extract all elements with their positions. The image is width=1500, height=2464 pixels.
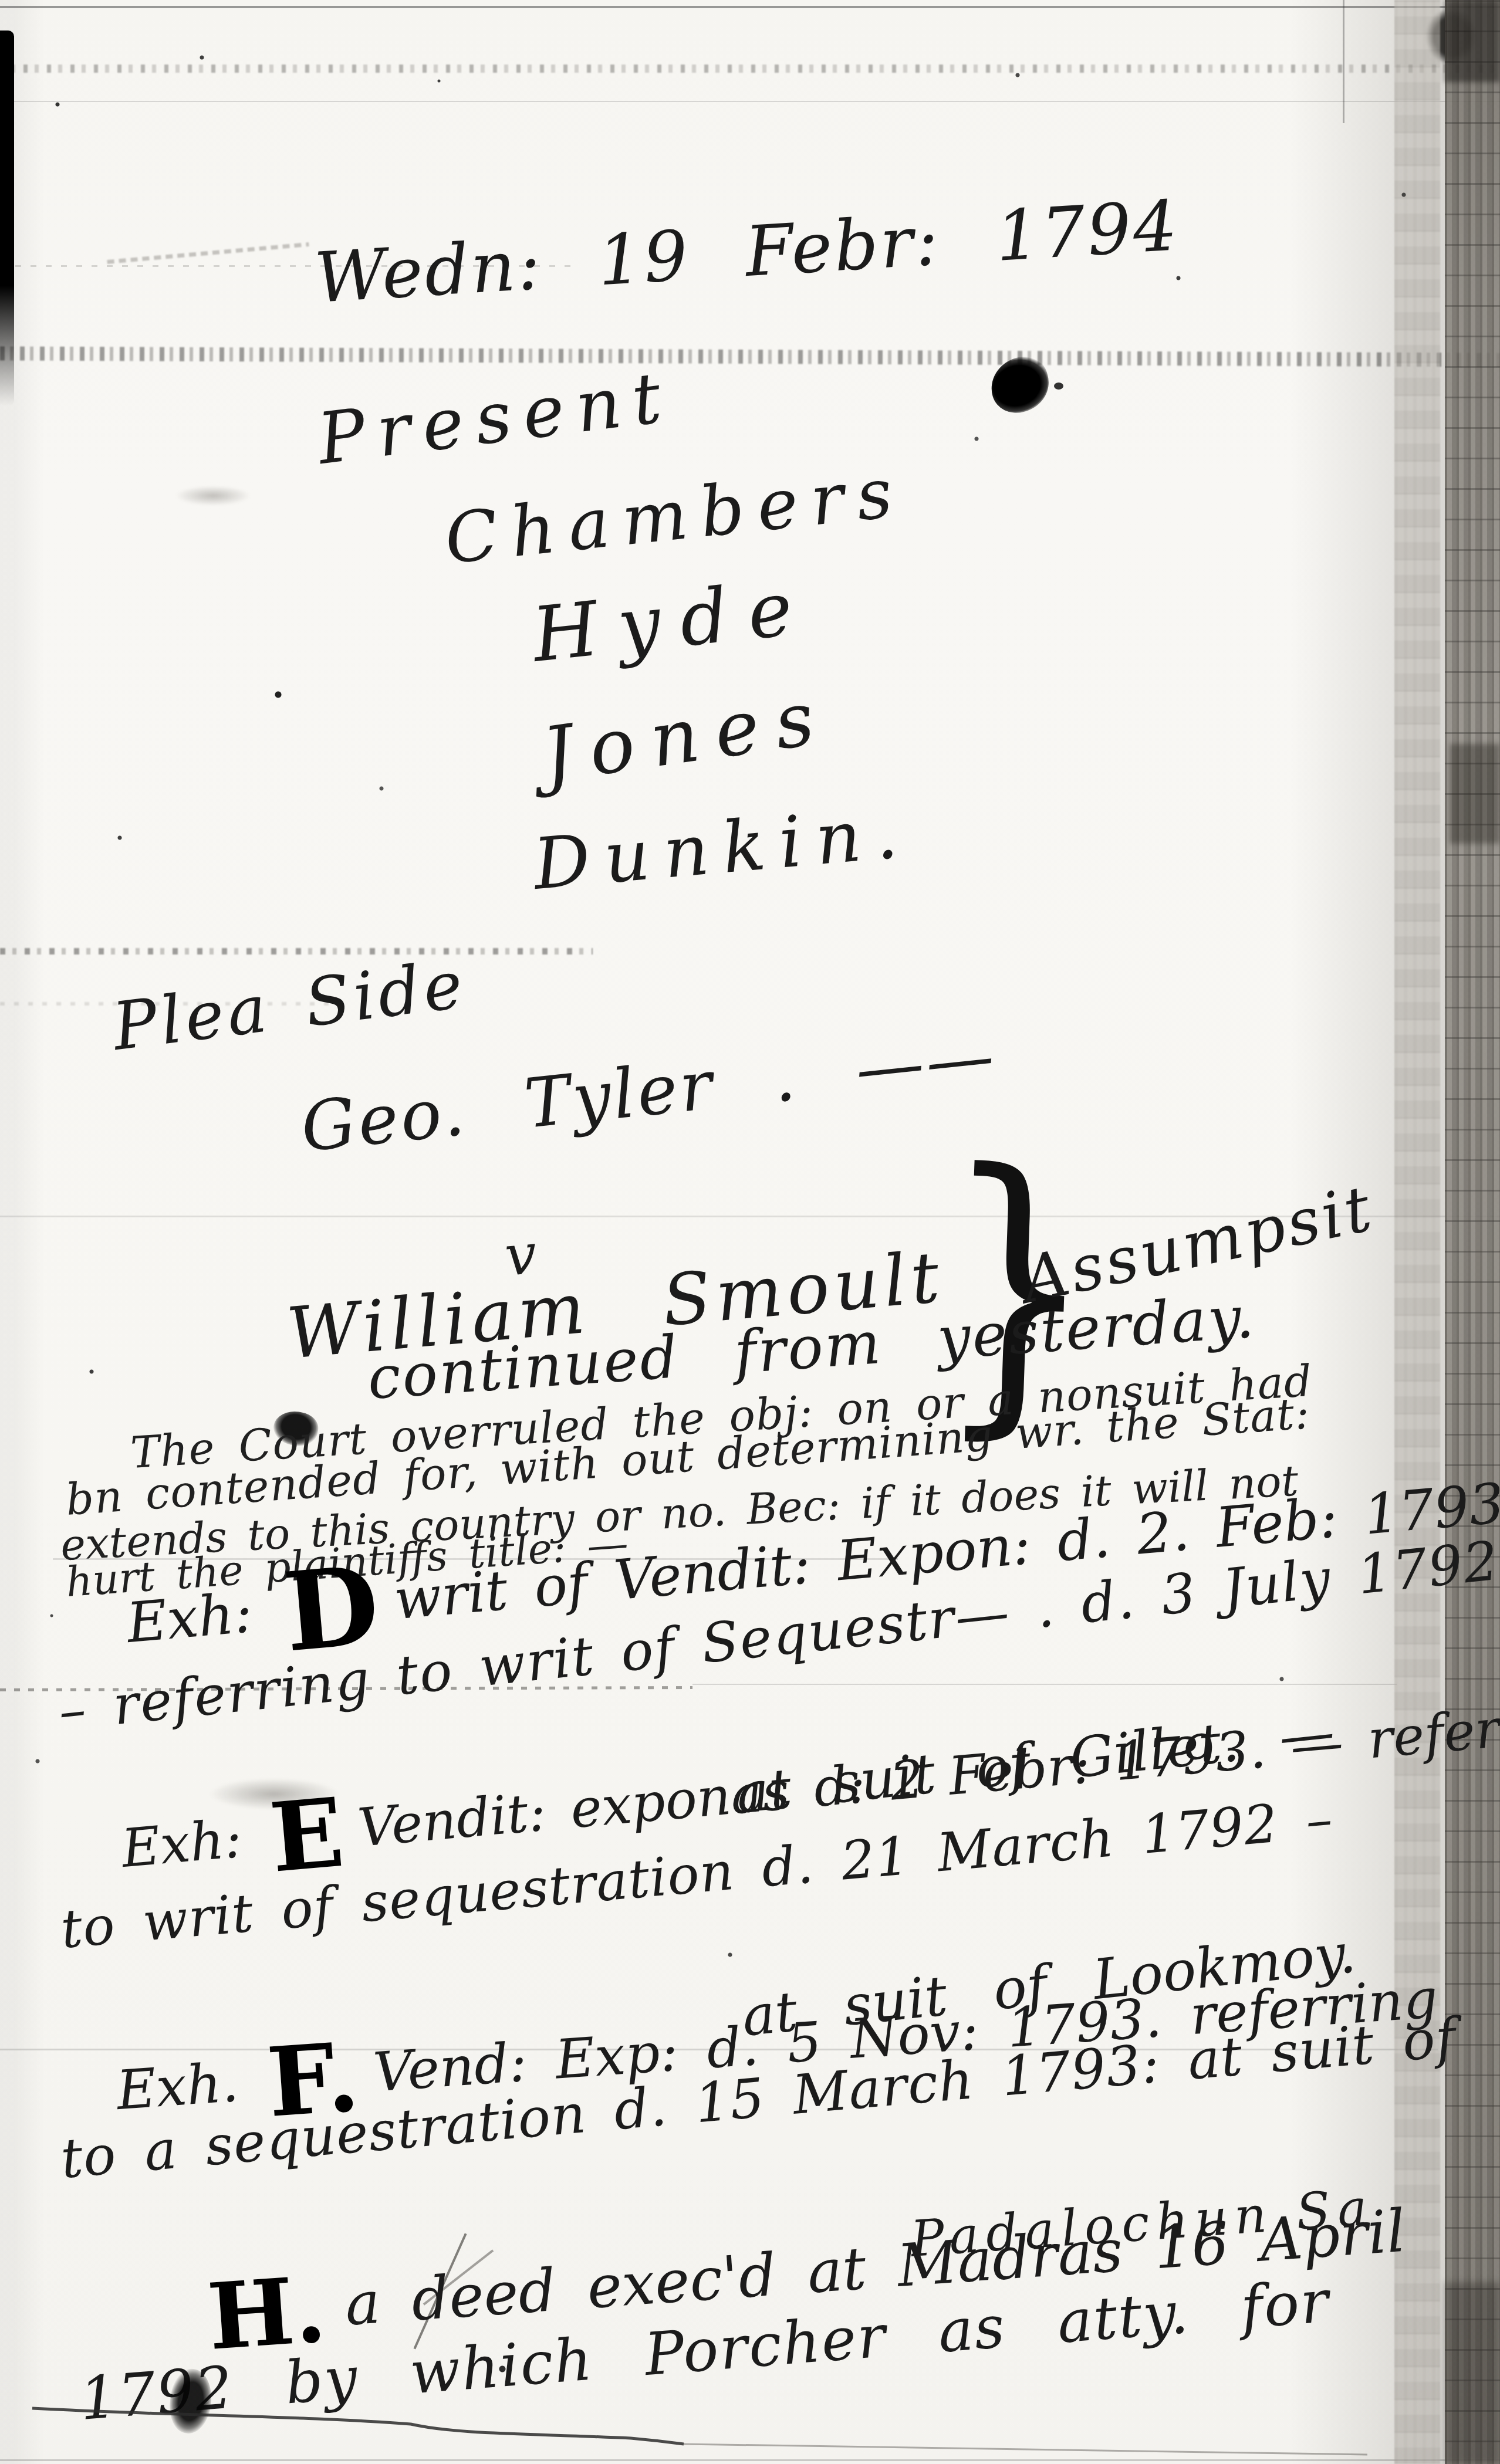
date-line: Wedn: 19 Febr: 1794	[313, 191, 1181, 313]
plaintiff-name: Geo. Tyler . ——	[298, 1021, 999, 1162]
exhibit-prefix: Exh:	[124, 1581, 255, 1656]
gutter-shadow-top	[1445, 0, 1500, 82]
smudge-line-mid	[0, 948, 593, 955]
manuscript-page: Wedn: 19 Febr: 1794 Present Chambers Hyd…	[0, 0, 1500, 2464]
faint-rule-line	[0, 101, 1500, 102]
exhibit-prefix: Exh.	[114, 2051, 241, 2122]
binding-gutter-inner	[1394, 0, 1440, 2464]
present-label: Present	[314, 362, 676, 475]
judge-name: Dunkin.	[531, 797, 914, 901]
judge-name: Jones	[538, 679, 835, 794]
left-edge-strip	[0, 31, 14, 406]
gutter-shadow-bottom	[1445, 2282, 1500, 2464]
faint-smear	[175, 486, 251, 506]
speckle-band	[0, 346, 1500, 367]
right-margin-tick	[1343, 0, 1344, 123]
ink-dot	[1054, 383, 1063, 390]
faint-rule-line	[692, 1684, 1397, 1685]
smudge-band-top	[0, 65, 1500, 73]
exhibit-prefix: Exh:	[119, 1808, 244, 1880]
binding-gutter-edge	[1445, 0, 1500, 2464]
bottom-edge-line	[0, 2459, 1500, 2461]
corner-smear	[107, 242, 309, 264]
side-heading: Plea Side	[109, 952, 469, 1060]
judge-name: Hyde	[529, 570, 816, 673]
judge-name: Chambers	[442, 456, 908, 574]
top-edge-line	[0, 6, 1500, 8]
gutter-shadow-mid	[1450, 744, 1500, 844]
